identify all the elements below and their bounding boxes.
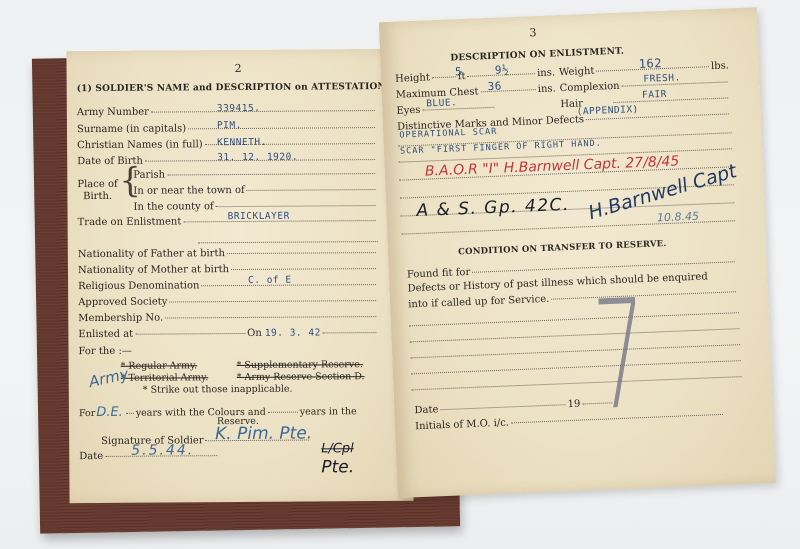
rank-handwritten: Pte. [321,457,354,477]
blank-line [198,241,378,243]
field-nationality-mother: Nationality of Mother at birth [78,263,378,276]
handwritten-army-mark: Army [87,365,130,391]
field-label: Enlisted at [78,329,133,340]
unit-label: ins. [538,83,556,95]
field-label: Trade on Enlistment [78,216,182,228]
field-label: Parish [133,170,165,181]
field-surname: Surname (in capitals) PIM. [77,122,377,135]
blank-line [410,328,740,342]
field-label: Nationality of Father at birth [78,248,225,260]
field-value: FRESH. [643,72,681,84]
field-label: Weight [559,66,595,78]
field-label: Surname (in capitals) [77,123,186,135]
field-eyes: Eyes BLUE. [396,102,496,117]
field-value: 162 [638,56,662,71]
field-value: 19. 3. 42 [265,327,321,338]
option-territorial-army: * Territorial Army. [121,372,209,384]
blank-line [411,360,741,374]
label-line: Birth. [77,191,117,203]
page-number: 2 [235,62,242,75]
on-label: On [247,328,262,339]
unit-label: ins. [537,67,555,79]
field-transfer-date: Date 19 [414,397,614,416]
for-the-label: For the :— [78,346,131,357]
field-label: Date [414,404,438,416]
page-number: 3 [529,26,537,39]
field-value: C. of E [248,275,292,286]
field-label: In the county of [133,201,213,213]
blank-line [401,220,735,234]
field-religion: Religious Denomination C. of E [78,279,378,292]
field-label: years in the [300,406,357,417]
right-page: 3 DESCRIPTION ON ENLISTMENT. Height ft i… [379,7,776,498]
label-line: Place of [77,179,117,191]
year-label: 19 [567,399,580,411]
field-height: Height ft ins. 5 9½ [395,67,555,84]
field-trade: Trade on Enlistment BRICKLAYER [78,215,378,228]
field-town: In or near the town of [133,184,377,197]
field-value: BRICKLAYER [228,211,290,222]
blank-line [410,344,740,358]
section-heading: (1) SOLDIER'S NAME and DESCRIPTION on AT… [77,82,389,94]
blank-line [412,376,742,390]
field-parish: Parish [133,168,377,181]
red-annotation: B.A.O.R "I" H.Barnwell Capt. 27/8/45 [425,153,680,179]
field-label: Eyes [396,105,420,117]
place-of-birth-label: Place of Birth. [77,179,117,203]
field-value: 31. 12. 1920. [217,152,298,164]
transfer-heading: CONDITION ON TRANSFER TO RESERVE. [458,239,667,257]
field-label: Nationality of Mother at birth [78,264,229,276]
field-label: Army Number [77,107,149,119]
field-value: 9½ [495,63,510,77]
field-label: Found fit for [407,267,471,281]
field-label: Religious Denomination [78,280,199,292]
field-label: Height [395,72,430,84]
field-christian-names: Christian Names (in full) KENNETH. [77,138,377,151]
field-label: Date [79,451,103,462]
field-enlisted: Enlisted at On 19. 3. 42 [78,327,378,340]
unit-label: lbs. [711,60,729,72]
field-label: Complexion [559,81,619,94]
field-value: D.E. [96,405,123,420]
left-page: 2 (1) SOLDIER'S NAME and DESCRIPTION on … [66,49,413,503]
black-annotation: A & S. Gp. 42C. [416,195,570,221]
struck-rank: L/Cpl [321,441,354,456]
field-value: PIM. [217,120,242,131]
field-label: Initials of M.O. i/c. [415,417,509,432]
field-approved-society: Approved Society [78,295,378,308]
option-regular-army: * Regular Army. [121,360,198,372]
field-value: 339415. [217,103,261,114]
field-label: Membership No. [78,313,163,325]
field-value: 36 [487,80,502,94]
field-army-number: Army Number 339415. [77,105,377,118]
field-chest: Maximum Chest ins. 36 [396,83,556,100]
option-supplementary-reserve: * Supplementary Reserve. [237,359,363,371]
large-pencil-mark: 7 [591,280,649,432]
soldier-signature: K. Pim. Pte. [215,424,312,445]
field-value: BLUE. [426,97,458,109]
section-heading: DESCRIPTION ON ENLISTMENT. [450,47,624,64]
blank-line [409,312,739,326]
field-membership-no: Membership No. [78,311,378,324]
field-label: For [79,408,95,419]
field-value: KENNETH. [217,137,267,148]
strike-note: * Strike out those inapplicable. [143,384,293,396]
field-label: Approved Society [78,297,167,309]
option-army-reserve: * Army Reserve Section D. [237,371,365,383]
date-value: 5.5.44. [131,442,194,458]
field-nationality-father: Nationality of Father at birth [78,247,378,260]
field-label: Christian Names (in full) [77,139,203,151]
field-value: 5 [455,65,463,78]
field-label: into if called up for Service. [408,294,550,311]
field-label: In or near the town of [133,185,244,197]
field-value: FAIR [642,89,667,101]
